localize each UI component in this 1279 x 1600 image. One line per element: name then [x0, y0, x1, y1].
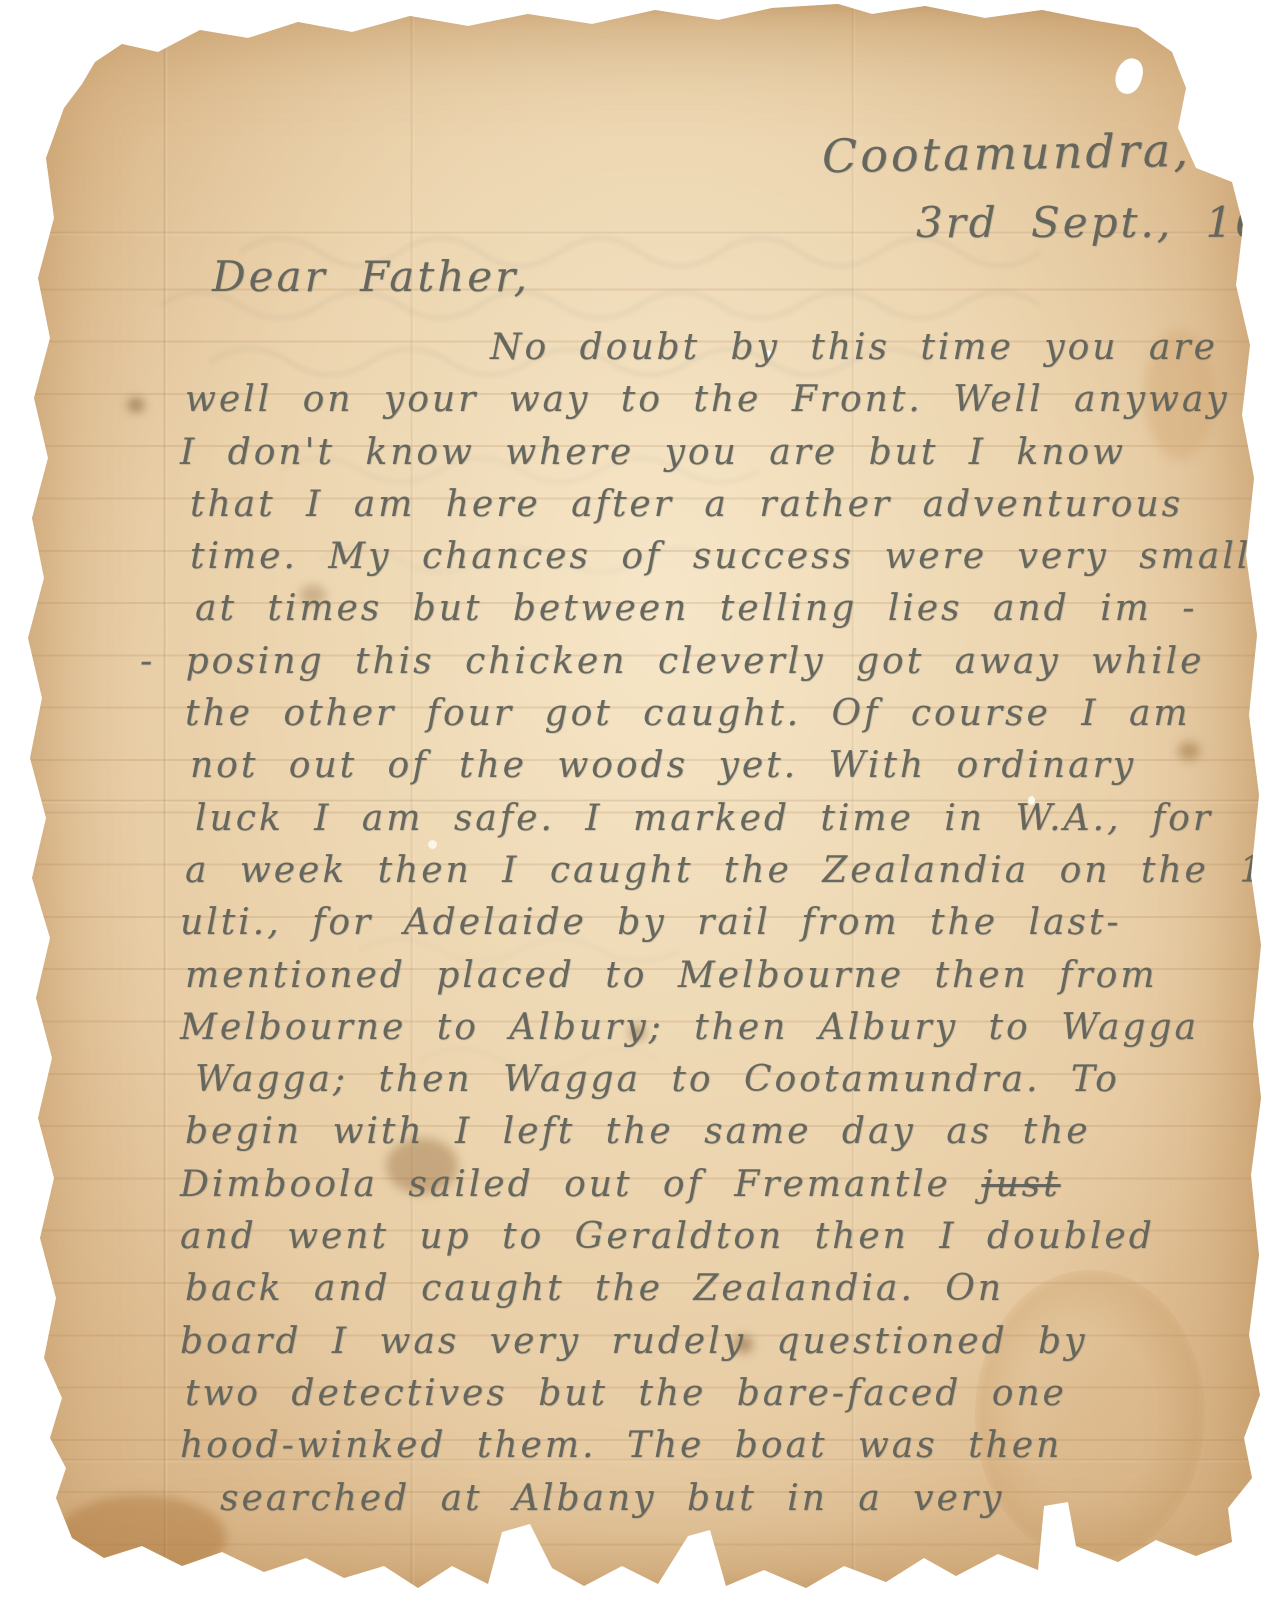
line-text: mentioned placed to Melbourne then from: [185, 955, 1157, 996]
letter-line: - posing this chicken cleverly got away …: [0, 636, 1279, 688]
line-text: searched at Albany but in a very: [220, 1478, 1004, 1519]
letter-line: not out of the woods yet. With ordinary: [0, 740, 1279, 792]
letter-line: Dimboola sailed out of Fremantle just: [0, 1159, 1279, 1211]
letter-line: No doubt by this time you are: [0, 322, 1279, 374]
place-line: Cootamundra,: [822, 123, 1192, 183]
line-text: at times but between telling lies and im…: [195, 588, 1197, 629]
line-text: Wagga; then Wagga to Cootamundra. To: [195, 1059, 1120, 1100]
letter-line: luck I am safe. I marked time in W.A., f…: [0, 793, 1279, 845]
letter-line: back and caught the Zealandia. On: [0, 1263, 1279, 1315]
letter-line: mentioned placed to Melbourne then from: [0, 950, 1279, 1002]
line-text: hood-winked them. The boat was then: [180, 1425, 1062, 1466]
letter-line: Melbourne to Albury; then Albury to Wagg…: [0, 1002, 1279, 1054]
line-text: not out of the woods yet. With ordinary: [190, 745, 1136, 786]
letter-line: well on your way to the Front. Well anyw…: [0, 374, 1279, 426]
line-text: time. My chances of success were very sm…: [190, 536, 1251, 577]
letter-line: that I am here after a rather adventurou…: [0, 479, 1279, 531]
letter-line: a week then I caught the Zealandia on th…: [0, 845, 1279, 897]
line-text: begin with I left the same day as the: [185, 1111, 1091, 1152]
line-text: board I was very rudely questioned by: [180, 1321, 1087, 1362]
line-text: that I am here after a rather adventurou…: [190, 484, 1183, 525]
letter-line: two detectives but the bare-faced one: [0, 1368, 1279, 1420]
letter-line: ulti., for Adelaide by rail from the las…: [0, 897, 1279, 949]
line-text: I don't know where you are but I know: [180, 432, 1126, 473]
line-text: back and caught the Zealandia. On: [185, 1268, 1004, 1309]
line-text: Dimboola sailed out of Fremantle: [180, 1164, 951, 1205]
line-text: ulti., for Adelaide by rail from the las…: [180, 902, 1122, 943]
line-text: No doubt by this time you are: [490, 327, 1218, 368]
date-line: 3rd Sept., 16.: [916, 198, 1279, 247]
line-text: Melbourne to Albury; then Albury to Wagg…: [180, 1007, 1199, 1048]
letter-line: searched at Albany but in a very: [0, 1473, 1279, 1525]
letter-line: begin with I left the same day as the: [0, 1106, 1279, 1158]
line-text: well on your way to the Front. Well anyw…: [185, 379, 1230, 420]
letter-line: the other four got caught. Of course I a…: [0, 688, 1279, 740]
letter-paper: Cootamundra, 3rd Sept., 16. Dear Father,…: [0, 0, 1279, 1600]
letter-line: at times but between telling lies and im…: [0, 583, 1279, 635]
line-text: and went up to Geraldton then I doubled: [180, 1216, 1155, 1257]
salutation: Dear Father,: [212, 252, 530, 301]
scanned-letter-page: Cootamundra, 3rd Sept., 16. Dear Father,…: [0, 0, 1279, 1600]
letter-line: time. My chances of success were very sm…: [0, 531, 1279, 583]
letter-line: and went up to Geraldton then I doubled: [0, 1211, 1279, 1263]
letter-line: hood-winked them. The boat was then: [0, 1420, 1279, 1472]
letter-body: No doubt by this time you are well on yo…: [0, 322, 1279, 1525]
letter-line: I don't know where you are but I know: [0, 427, 1279, 479]
line-text: - posing this chicken cleverly got away …: [140, 641, 1204, 682]
line-text: a week then I caught the Zealandia on th…: [185, 850, 1279, 891]
line-text: the other four got caught. Of course I a…: [185, 693, 1191, 734]
letter-line: Wagga; then Wagga to Cootamundra. To: [0, 1054, 1279, 1106]
strikethrough-word: just: [981, 1164, 1060, 1205]
line-text: luck I am safe. I marked time in W.A., f…: [195, 798, 1213, 839]
line-text: two detectives but the bare-faced one: [185, 1373, 1067, 1414]
letter-line: board I was very rudely questioned by: [0, 1316, 1279, 1368]
